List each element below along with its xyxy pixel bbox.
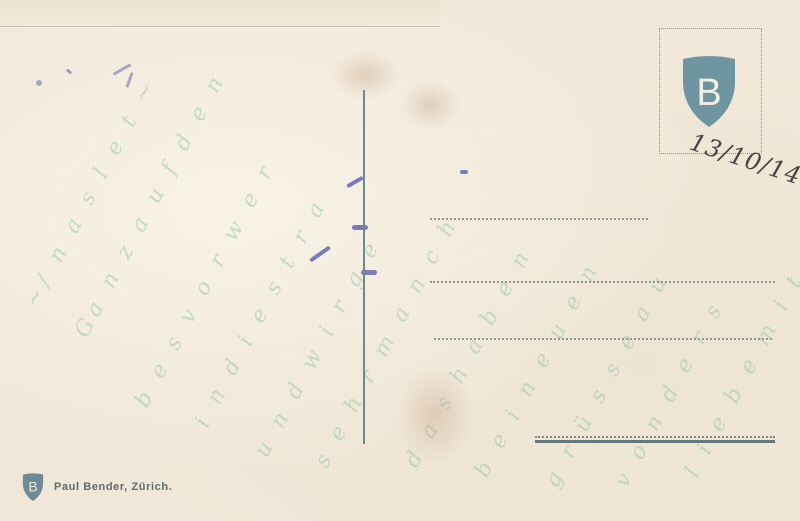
show-through-writing: l i e b e m i t [680, 267, 800, 482]
address-underline-bar [535, 440, 775, 443]
publisher-shield-logo-icon: B [681, 55, 737, 127]
svg-text:B: B [696, 72, 721, 114]
address-line-1 [430, 218, 648, 220]
show-through-writing: i n d i e s t r a [190, 193, 334, 432]
ink-mark [346, 176, 364, 188]
torn-top-edge [0, 0, 440, 27]
paper-stain [400, 80, 460, 130]
paper-stain [395, 365, 475, 465]
ink-mark [460, 170, 468, 174]
address-line-3 [434, 338, 772, 340]
postcard-back: ~/ n a s l e t ~ Ga n z a u f d e n b e … [0, 0, 800, 521]
show-through-writing: u n d w i r g e [250, 234, 388, 462]
publisher-name: Paul Bender, Zürich. [54, 481, 172, 493]
show-through-writing: ~/ n a s l e t ~ [20, 73, 163, 312]
ink-mark [352, 225, 368, 230]
ink-mark [113, 63, 132, 76]
show-through-writing: g r ü s s e a u [540, 268, 676, 493]
show-through-writing: b e s v o r w e r [130, 157, 282, 412]
center-divider-line [363, 90, 365, 444]
publisher-imprint: B Paul Bender, Zürich. [22, 473, 172, 501]
ink-mark [36, 80, 42, 86]
show-through-writing: v o n d e r s [610, 296, 731, 492]
show-through-writing: Ga n z a u f d e n [70, 68, 232, 343]
show-through-writing: b e i n e u e n [470, 257, 606, 483]
ink-mark [125, 72, 133, 88]
ink-mark [309, 245, 331, 262]
address-line-4 [535, 436, 775, 438]
ink-mark [66, 68, 73, 74]
paper-stain [330, 50, 400, 100]
svg-text:B: B [28, 479, 37, 495]
address-line-2 [430, 281, 775, 283]
publisher-small-shield-icon: B [22, 473, 44, 501]
